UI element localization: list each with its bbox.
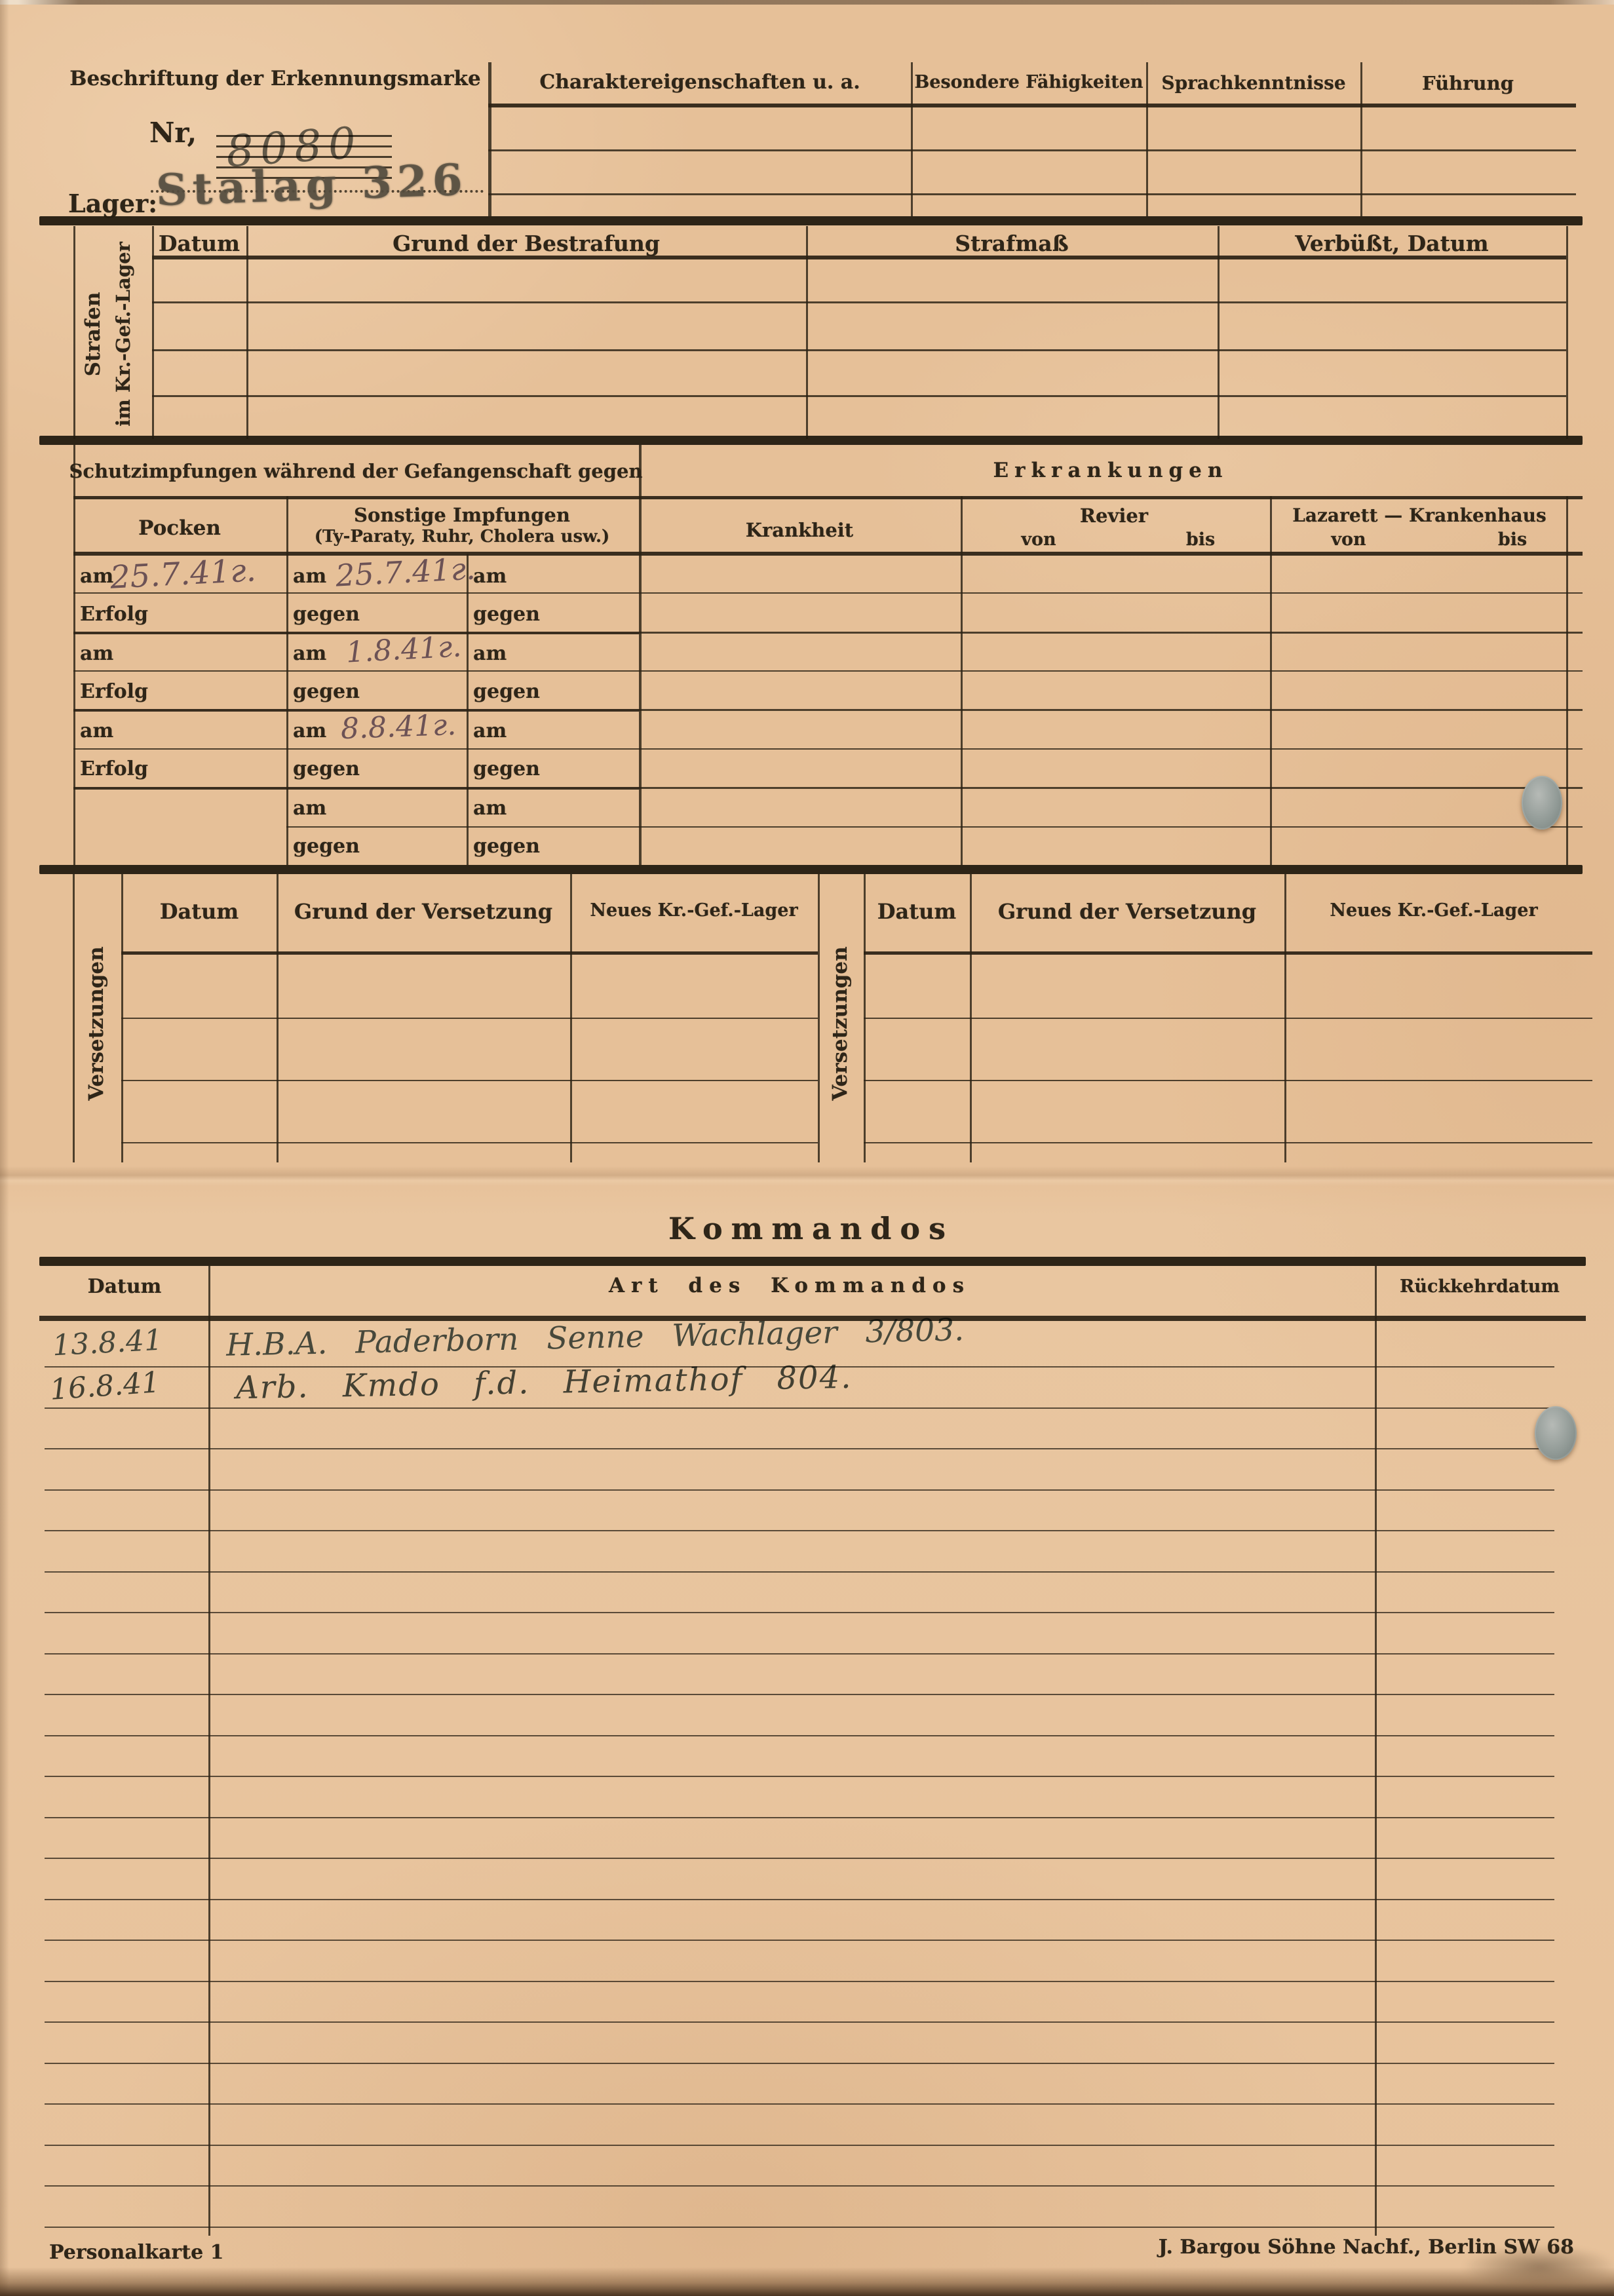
col-charaktereigenschaften: Charaktereigenschaften u. a. xyxy=(539,71,860,94)
rule-line xyxy=(45,1571,1554,1573)
am-label: am xyxy=(293,642,326,665)
rule-line xyxy=(45,1776,1554,1777)
rule-line xyxy=(73,787,639,790)
rule-line xyxy=(73,748,639,750)
erfolg-label: Erfolg xyxy=(80,680,148,703)
am-label: am xyxy=(293,797,326,820)
am-label: am xyxy=(473,565,507,588)
rule-line xyxy=(45,1489,1554,1491)
punch-hole xyxy=(1522,776,1562,830)
erkrankungen-col-lazarett: Lazarett — Krankenhaus xyxy=(1292,505,1547,526)
gegen-label: gegen xyxy=(473,835,540,858)
versetzungen-col-grund: Grund der Versetzung xyxy=(998,899,1256,924)
strafen-col-datum: Datum xyxy=(159,231,240,256)
rule-line xyxy=(488,193,1576,195)
rule-line xyxy=(45,1448,1554,1449)
erkrankungen-col-krankheit: Krankheit xyxy=(746,519,853,541)
gegen-label: gegen xyxy=(293,680,360,703)
rule-line xyxy=(45,1735,1554,1736)
impfungen-col-pocken: Pocken xyxy=(138,516,221,540)
rule-line xyxy=(152,349,1566,351)
impfungen-title: Schutzimpfungen während der Gefangenscha… xyxy=(69,460,642,482)
erkrankungen-title: Erkrankungen xyxy=(993,459,1229,482)
strafen-col-grund: Grund der Bestrafung xyxy=(393,231,660,256)
rule-line xyxy=(639,748,1583,750)
kommandos-col-rueckkehrdatum: Rückkehrdatum xyxy=(1400,1276,1560,1297)
rule-line xyxy=(639,445,642,865)
rule-line xyxy=(45,1407,1554,1409)
rule-line xyxy=(73,632,639,634)
rule-line xyxy=(121,1018,818,1019)
versetzungen-col-datum: Datum xyxy=(160,899,239,924)
rule-line xyxy=(639,787,1583,789)
am-label: am xyxy=(473,719,507,742)
col-fuehrung: Führung xyxy=(1422,72,1514,94)
fold-crease xyxy=(0,1166,1614,1186)
kommando-entry-1-datum: 13.8.41 xyxy=(52,1324,163,1363)
rule-line xyxy=(45,2103,1554,2105)
versetzungen-col-neues-lager: Neues Kr.-Gef.-Lager xyxy=(1330,900,1537,921)
rule-line xyxy=(286,826,639,828)
rule-line xyxy=(639,709,1583,711)
rule-line xyxy=(45,1858,1554,1859)
strafen-col-strafmass: Strafmaß xyxy=(955,231,1068,256)
gegen-label: gegen xyxy=(473,603,540,626)
gegen-label: gegen xyxy=(293,757,360,780)
sonstige-date-1-handwritten: 25.7.41г. xyxy=(335,550,476,593)
kommandos-col-art: Art des Kommandos xyxy=(609,1274,970,1297)
gegen-label: gegen xyxy=(293,603,360,626)
personalkarte-back: Beschriftung der Erkennungsmarke Nr, 808… xyxy=(0,0,1614,2296)
rule-line xyxy=(639,592,1583,594)
versetzungen-col-grund: Grund der Versetzung xyxy=(294,899,552,924)
erkrankungen-col-revier: Revier xyxy=(1080,505,1148,527)
section-divider-band xyxy=(39,865,1583,874)
rule-line xyxy=(121,951,818,955)
col-sprachkenntnisse: Sprachkenntnisse xyxy=(1161,72,1345,94)
rule-line xyxy=(45,1694,1554,1695)
rule-line xyxy=(961,496,963,865)
rule-line xyxy=(1270,496,1272,865)
rule-line xyxy=(121,1080,818,1081)
rule-line xyxy=(121,1142,818,1143)
rule-line xyxy=(1566,226,1568,439)
rule-line xyxy=(45,2021,1554,2023)
rule-line xyxy=(152,395,1566,397)
rule-line xyxy=(45,2227,1554,2228)
lager-label: Lager: xyxy=(68,189,157,218)
rule-line xyxy=(45,2145,1554,2146)
am-label: am xyxy=(80,565,113,588)
am-label: am xyxy=(293,565,326,588)
rule-line xyxy=(864,1080,1592,1081)
rule-line xyxy=(73,874,75,1162)
am-label: am xyxy=(80,642,113,665)
gegen-label: gegen xyxy=(473,757,540,780)
strafen-col-verbuesst: Verbüßt, Datum xyxy=(1295,231,1488,256)
gegen-label: gegen xyxy=(473,680,540,703)
rule-line xyxy=(45,1981,1554,1982)
rule-line xyxy=(1566,496,1568,865)
rule-line xyxy=(488,104,1576,107)
rule-line xyxy=(864,1142,1592,1143)
rule-line xyxy=(488,149,1576,151)
rule-line xyxy=(73,552,1583,556)
rule-line xyxy=(864,951,1592,955)
id-block-title: Beschriftung der Erkennungsmarke xyxy=(69,67,481,90)
sonstige-date-2-handwritten: 1.8.41г. xyxy=(345,630,463,669)
rule-line xyxy=(639,826,1583,828)
rule-line xyxy=(45,1899,1554,1900)
kommandos-col-datum: Datum xyxy=(88,1275,162,1298)
am-label: am xyxy=(473,797,507,820)
am-label: am xyxy=(293,719,326,742)
section-divider-band xyxy=(39,216,1583,225)
rule-line xyxy=(45,1530,1554,1531)
rule-line xyxy=(73,226,75,439)
rule-line xyxy=(73,445,75,865)
rule-line xyxy=(639,632,1583,634)
scan-edge-bottom xyxy=(0,2267,1614,2296)
rule-line xyxy=(152,301,1566,303)
nr-label: Nr, xyxy=(149,117,197,149)
scan-edge-left xyxy=(0,0,9,2296)
rule-line xyxy=(73,670,639,672)
pocken-date-handwritten: 25.7.41г. xyxy=(109,552,257,596)
revier-bis-label: bis xyxy=(1186,529,1215,550)
rule-line xyxy=(45,1940,1554,1941)
footer-form-name: Personalkarte 1 xyxy=(49,2241,223,2264)
revier-von-label: von xyxy=(1021,529,1056,550)
gegen-label: gegen xyxy=(293,835,360,858)
rule-line xyxy=(818,874,820,1162)
kommandos-title: Kommandos xyxy=(668,1211,954,1246)
erfolg-label: Erfolg xyxy=(80,603,148,626)
section-divider-band xyxy=(39,436,1583,445)
lazarett-von-label: von xyxy=(1331,529,1366,550)
impfungen-col-sonstige: Sonstige Impfungen xyxy=(354,504,570,526)
rule-line xyxy=(864,1018,1592,1019)
lager-stamp: Stalag 326 xyxy=(155,154,468,216)
versetzungen-col-datum: Datum xyxy=(877,899,956,924)
erfolg-label: Erfolg xyxy=(80,757,148,780)
rule-line xyxy=(73,496,1583,499)
col-besondere-faehigkeiten: Besondere Fähigkeiten xyxy=(914,72,1143,92)
rule-line xyxy=(208,1266,210,2236)
impfungen-col-sonstige-sub: (Ty-Paraty, Ruhr, Cholera usw.) xyxy=(315,527,610,546)
rule-line xyxy=(286,496,288,865)
kommando-entry-2-datum: 16.8.41 xyxy=(48,1366,161,1407)
rule-line xyxy=(45,2063,1554,2064)
rule-line xyxy=(45,1653,1554,1655)
rule-line xyxy=(45,2185,1554,2187)
rule-line xyxy=(1375,1266,1377,2236)
rule-line xyxy=(45,1817,1554,1818)
versetzungen-col-neues-lager: Neues Kr.-Gef.-Lager xyxy=(590,900,797,921)
rule-line xyxy=(639,670,1583,672)
rule-line xyxy=(39,1257,1586,1266)
scan-edge-top xyxy=(0,0,1614,5)
punch-hole xyxy=(1535,1406,1577,1460)
am-label: am xyxy=(473,642,507,665)
sonstige-date-3-handwritten: 8.8.41г. xyxy=(340,708,457,746)
am-label: am xyxy=(80,719,113,742)
rule-line xyxy=(45,1612,1554,1613)
lazarett-bis-label: bis xyxy=(1498,529,1527,550)
